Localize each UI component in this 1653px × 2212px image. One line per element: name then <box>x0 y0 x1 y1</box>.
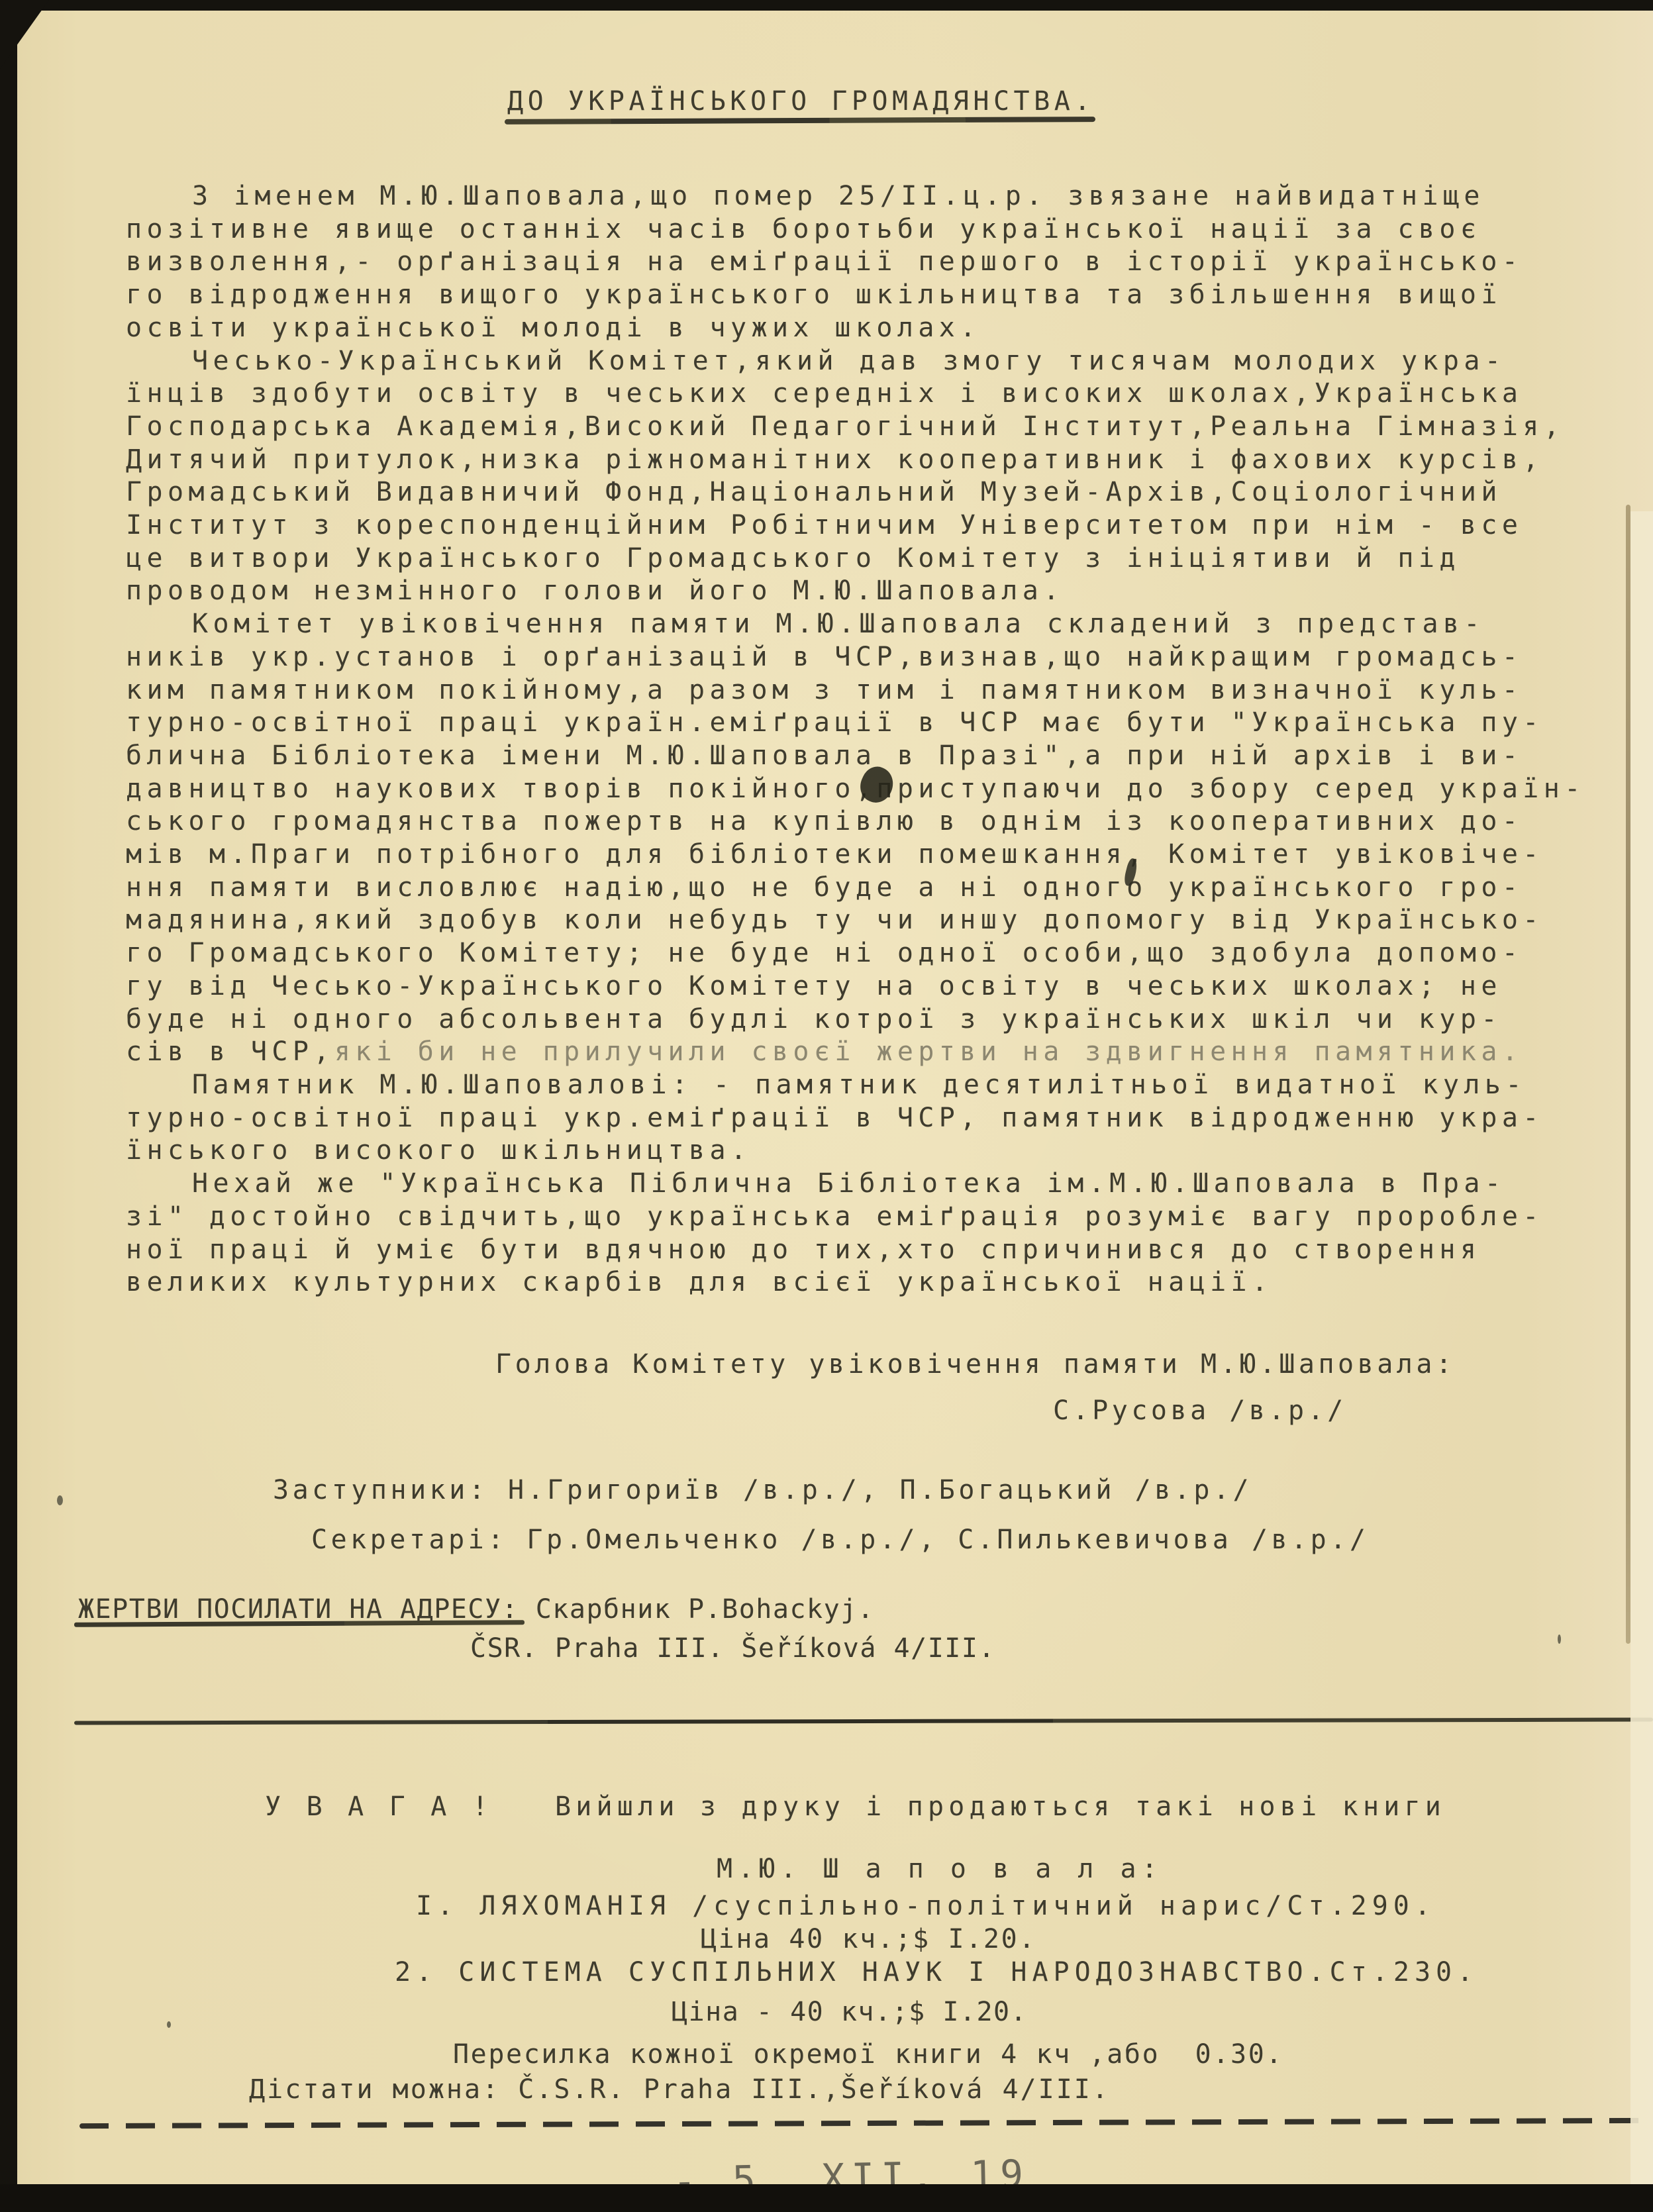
book-price-2: Ціна - 40 кч.;$ І.20. <box>672 1996 1027 2028</box>
text-line: Комітет увіковічення памяти М.Ю.Шаповала… <box>126 608 1585 641</box>
signature-deputies: Заступники: Н.Григориїв /в.р./, П.Богаць… <box>273 1474 1252 1506</box>
scan-border-bottom <box>0 2184 1653 2212</box>
text-line: Інститут з кореспонденційним Робітничим … <box>126 509 1585 542</box>
text-line: позітивне явище останніх часів боротьби … <box>126 213 1585 246</box>
text-line: ників укр.установ і орґанізацій в ЧСР,ви… <box>126 641 1585 674</box>
text-line: визволення,- орґанізація на еміґрації пе… <box>126 246 1585 279</box>
text-line: мів м.Праги потрібного для бібліотеки по… <box>126 838 1585 872</box>
attention-line: У В А Г А ! Вийшли з друку і продаються … <box>265 1791 1446 1823</box>
scan-border-left <box>0 0 17 2212</box>
faded-text-segment: які би не прилучили своєї жертви на здви… <box>334 1036 1523 1067</box>
scan-border-top <box>0 0 1653 11</box>
text-line: ної праці й уміє бути вдячною до тих,хто… <box>126 1234 1585 1267</box>
paragraph-5: Нехай же "Українська Піблична Бібліотека… <box>126 1168 1585 1299</box>
page-edge-highlight <box>1630 511 1653 2186</box>
text-line: освіти української молоді в чужих школах… <box>126 312 1585 345</box>
text-line: ського громадянства пожертв на купівлю в… <box>126 805 1585 838</box>
text-line: го відродження вищого українського шкіль… <box>126 279 1585 312</box>
text-line: Господарська Академія,Високий Педагогічн… <box>126 411 1585 444</box>
donation-treasurer: Скарбник P.Bohackyj. <box>519 1594 874 1625</box>
paragraph-1: З іменем М.Ю.Шаповала,що помер 25/ІІ.ц.р… <box>126 180 1585 345</box>
text-line: Чесько-Український Комітет,який дав змог… <box>126 345 1585 378</box>
separator-line-2 <box>79 2118 1653 2129</box>
text-line: Памятник М.Ю.Шаповалові: - памятник деся… <box>126 1069 1585 1102</box>
text-line: Громадський Видавничий Фонд,Національний… <box>126 476 1585 509</box>
separator-line-1 <box>74 1718 1653 1725</box>
text-line: гу від Чесько-Українського Комітету на о… <box>126 970 1585 1003</box>
text-line: великих культурних скарбів для всієї укр… <box>126 1266 1585 1299</box>
paragraph-4: Памятник М.Ю.Шаповалові: - памятник деся… <box>126 1069 1585 1168</box>
paper-speck <box>1558 1634 1561 1644</box>
paper-speck <box>57 1495 63 1505</box>
text-line: це витвори Українського Громадського Ком… <box>126 542 1585 576</box>
title-underline <box>505 117 1095 125</box>
book-item-2: 2. СИСТЕМА СУСПІЛЬНИХ НАУК І НАРОДОЗНАВС… <box>395 1956 1478 1988</box>
text-line: буде ні одного абсольвента будлі котрої … <box>126 1003 1585 1036</box>
text-line: зі" достойно свідчить,що українська еміґ… <box>126 1201 1585 1234</box>
text-line: їнського високого шкільництва. <box>126 1134 1585 1168</box>
text-line: блична Бібліотека імени М.Ю.Шаповала в П… <box>126 740 1585 773</box>
text-line: ким памятником покійному,а разом з тим і… <box>126 674 1585 707</box>
document-scan: ДО УКРАЇНСЬКОГО ГРОМАДЯНСТВА. З іменем М… <box>0 0 1653 2212</box>
book-price-1: Ціна 40 кч.;$ І.20. <box>701 1923 1036 1955</box>
signature-chair: С.Русова /в.р./ <box>1053 1395 1347 1427</box>
book-author-line: М.Ю. Ш а п о в а л а: <box>717 1853 1163 1885</box>
text-line: З іменем М.Ю.Шаповала,що помер 25/ІІ.ц.р… <box>126 180 1585 213</box>
document-title: ДО УКРАЇНСЬКОГО ГРОМАДЯНСТВА. <box>507 86 1095 117</box>
text-line: мадянина,який здобув коли небудь ту чи и… <box>126 904 1585 937</box>
document-body: З іменем М.Ю.Шаповала,що помер 25/ІІ.ц.р… <box>126 180 1585 1299</box>
paper-speck <box>167 2021 171 2028</box>
shipping-line: Пересилка кожної окремої книги 4 кч ,або… <box>453 2038 1283 2070</box>
text-line: турно-освітної праці україн.еміґрації в … <box>126 707 1585 740</box>
paragraph-3: Комітет увіковічення памяти М.Ю.Шаповала… <box>126 608 1585 1069</box>
text-line: Дитячий притулок,низка ріжноманітних коо… <box>126 444 1585 477</box>
signature-secretaries: Секретарі: Гр.Омельченко /в.р./, С.Пильк… <box>311 1524 1369 1556</box>
signature-head: Голова Комітету увіковічення памяти М.Ю.… <box>495 1348 1456 1380</box>
text-line: Нехай же "Українська Піблична Бібліотека… <box>126 1168 1585 1201</box>
donation-address: ČSR. Praha III. Šeříková 4/III. <box>470 1633 995 1664</box>
text-line: давництво наукових творів покійного,прис… <box>126 773 1585 806</box>
book-item-1: І. ЛЯХОМАНІЯ /суспільно-політичний нарис… <box>416 1890 1436 1922</box>
text-line: проводом незмінного голови його М.Ю.Шапо… <box>126 575 1585 608</box>
text-line: їнців здобути освіту в чеських середніх … <box>126 377 1585 411</box>
paper-crease <box>1626 505 1630 1644</box>
text-segment: сів в ЧСР, <box>126 1036 334 1067</box>
obtain-line: Дістати можна: Č.S.R. Praha III.,Šeříkov… <box>249 2074 1110 2105</box>
text-line: сів в ЧСР,які би не прилучили своєї жерт… <box>126 1036 1585 1069</box>
text-line: го Громадського Комітету; не буде ні одн… <box>126 937 1585 970</box>
paragraph-2: Чесько-Український Комітет,який дав змог… <box>126 345 1585 609</box>
text-line: турно-освітної праці укр.еміґрації в ЧСР… <box>126 1102 1585 1135</box>
text-line: ння памяти висловлює надію,що не буде а … <box>126 872 1585 905</box>
